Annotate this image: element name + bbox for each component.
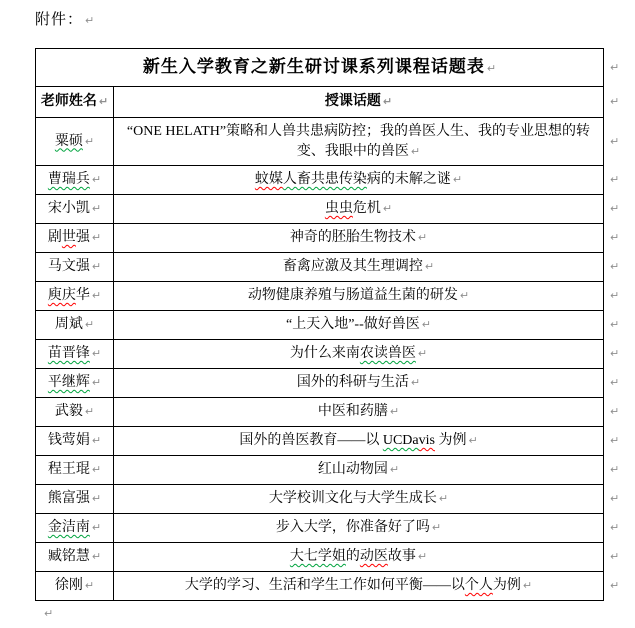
text-segment: 神奇的胚胎生物技术	[290, 230, 416, 245]
spellcheck-marked-text: 个人	[465, 578, 493, 593]
table-row: 马文强↵畜禽应激及其生理调控↵↵	[36, 253, 628, 282]
topic-cell: 大七学姐的动医故事↵	[114, 543, 604, 572]
text-segment: 的	[346, 549, 360, 564]
text-segment: 红山动物园	[318, 462, 388, 477]
topic-cell: 为什么来南农读兽医↵	[114, 340, 604, 369]
table-header-row: 老师姓名↵ 授课话题↵ ↵	[36, 87, 628, 118]
text-segment: 大学校训文化与大学生成长	[269, 491, 437, 506]
pilcrow-mark: ↵	[92, 434, 101, 447]
teacher-name-cell: 庾庆华↵	[36, 282, 114, 311]
pilcrow-mark: ↵	[390, 405, 399, 418]
row-end-mark-cell: ↵	[604, 282, 628, 311]
text-segment: 钱莺娟	[48, 433, 90, 448]
topic-cell: 虫虫危机↵	[114, 195, 604, 224]
course-topic-table: 新生入学教育之新生研讨课系列课程话题表↵ ↵ 老师姓名↵ 授课话题↵ ↵ 粟硕↵…	[35, 48, 628, 601]
pilcrow-mark: ↵	[610, 492, 619, 505]
text-segment: 动物健康养殖与肠道益生菌的研发	[248, 288, 458, 303]
teacher-name-cell: 金洁南↵	[36, 514, 114, 543]
text-segment: 为例	[493, 578, 521, 593]
text-segment: 国外的科研与生活	[297, 375, 409, 390]
pilcrow-mark: ↵	[610, 202, 619, 215]
pilcrow-mark: ↵	[418, 347, 427, 360]
table-row: 熊富强↵大学校训文化与大学生成长↵↵	[36, 485, 628, 514]
text-segment: 周斌	[55, 317, 83, 332]
pilcrow-mark: ↵	[411, 145, 420, 158]
grammar-marked-text: 农读兽医	[360, 346, 416, 361]
pilcrow-mark: ↵	[610, 463, 619, 476]
teacher-name-cell: 钱莺娟↵	[36, 427, 114, 456]
row-end-mark-cell: ↵	[604, 253, 628, 282]
table-row: 曹瑞兵↵蚊媒人畜共患传染病的未解之谜↵↵	[36, 166, 628, 195]
text-segment: 为什么来南	[290, 346, 360, 361]
grammar-marked-text: 苗晋锋	[48, 346, 90, 361]
pilcrow-mark: ↵	[92, 260, 101, 273]
text-segment: 华	[76, 288, 90, 303]
pilcrow-mark: ↵	[523, 579, 532, 592]
attachment-label-line: 附件：↵	[35, 8, 95, 29]
topic-cell: 神奇的胚胎生物技术↵	[114, 224, 604, 253]
teacher-name-cell: 马文强↵	[36, 253, 114, 282]
end-paragraph-mark: ↵	[42, 606, 53, 622]
table-row: 庾庆华↵动物健康养殖与肠道益生菌的研发↵↵	[36, 282, 628, 311]
pilcrow-mark: ↵	[610, 579, 619, 592]
row-end-mark-cell: ↵	[604, 118, 628, 166]
topic-cell: 大学的学习、生活和学生工作如何平衡——以个人为例↵	[114, 572, 604, 601]
table-row: 剧世强↵神奇的胚胎生物技术↵↵	[36, 224, 628, 253]
table-title-cell: 新生入学教育之新生研讨课系列课程话题表↵	[36, 49, 604, 87]
grammar-marked-text: 曹瑞兵	[48, 172, 90, 187]
topic-cell: “上天入地”--做好兽医↵	[114, 311, 604, 340]
pilcrow-mark: ↵	[468, 434, 477, 447]
row-end-mark-cell: ↵	[604, 485, 628, 514]
pilcrow-mark: ↵	[383, 95, 392, 108]
pilcrow-mark: ↵	[610, 173, 619, 186]
table-row: 程王琨↵红山动物园↵↵	[36, 456, 628, 485]
teacher-name-cell: 剧世强↵	[36, 224, 114, 253]
topic-cell: 红山动物园↵	[114, 456, 604, 485]
teacher-name-cell: 程王琨↵	[36, 456, 114, 485]
row-end-mark-cell: ↵	[604, 543, 628, 572]
pilcrow-mark: ↵	[418, 550, 427, 563]
grammar-marked-text: 平继辉	[48, 375, 90, 390]
text-segment: 中医和药膳	[318, 404, 388, 419]
pilcrow-mark: ↵	[610, 289, 619, 302]
pilcrow-mark: ↵	[432, 521, 441, 534]
row-end-mark-cell: ↵	[604, 195, 628, 224]
document-page: 附件：↵ 新生入学教育之新生研讨课系列课程话题表↵ ↵ 老师姓名↵ 授课话题↵ …	[0, 0, 635, 628]
pilcrow-mark: ↵	[460, 289, 469, 302]
pilcrow-mark: ↵	[99, 95, 108, 108]
topic-cell: 步入大学，你准备好了吗↵	[114, 514, 604, 543]
table-row: 周斌↵“上天入地”--做好兽医↵↵	[36, 311, 628, 340]
text-segment: “ONE HELATH”策略和人兽共患病防控；我的兽医人生、我的专业思想的转变、…	[127, 124, 590, 159]
header-teacher-name-label: 老师姓名	[41, 94, 97, 109]
teacher-name-cell: 熊富强↵	[36, 485, 114, 514]
teacher-name-cell: 徐刚↵	[36, 572, 114, 601]
pilcrow-mark: ↵	[44, 607, 53, 620]
grammar-marked-text: 金洁南	[48, 520, 90, 535]
teacher-name-cell: 宋小凯↵	[36, 195, 114, 224]
pilcrow-mark: ↵	[610, 231, 619, 244]
text-segment: 为例	[435, 433, 467, 448]
pilcrow-mark: ↵	[610, 521, 619, 534]
header-topic-label: 授课话题	[325, 94, 381, 109]
teacher-name-cell: 臧铭慧↵	[36, 543, 114, 572]
row-end-mark-cell: ↵	[604, 398, 628, 427]
pilcrow-mark: ↵	[610, 405, 619, 418]
attachment-label: 附件：	[35, 12, 83, 28]
pilcrow-mark: ↵	[487, 62, 496, 75]
row-end-mark-cell: ↵	[604, 514, 628, 543]
table-row: 苗晋锋↵为什么来南农读兽医↵↵	[36, 340, 628, 369]
table-row: 粟硕↵“ONE HELATH”策略和人兽共患病防控；我的兽医人生、我的专业思想的…	[36, 118, 628, 166]
row-end-mark-cell: ↵	[604, 456, 628, 485]
topic-cell: 畜禽应激及其生理调控↵	[114, 253, 604, 282]
pilcrow-mark: ↵	[92, 521, 101, 534]
text-segment: 故事	[388, 549, 416, 564]
topic-cell: 中医和药膳↵	[114, 398, 604, 427]
teacher-name-cell: 周斌↵	[36, 311, 114, 340]
text-segment: 熊富强	[48, 491, 90, 506]
pilcrow-mark: ↵	[411, 376, 420, 389]
pilcrow-mark: ↵	[610, 318, 619, 331]
row-end-mark-cell: ↵	[604, 49, 628, 87]
text-segment: 程王琨	[48, 462, 90, 477]
table-row: 臧铭慧↵大七学姐的动医故事↵↵	[36, 543, 628, 572]
grammar-marked-text: 大七学姐	[290, 549, 346, 564]
pilcrow-mark: ↵	[610, 376, 619, 389]
table-body: 粟硕↵“ONE HELATH”策略和人兽共患病防控；我的兽医人生、我的专业思想的…	[36, 118, 628, 601]
spellcheck-marked-text: vis	[419, 433, 435, 448]
table-row: 宋小凯↵虫虫危机↵↵	[36, 195, 628, 224]
text-segment: 畜禽应激及其生理调控	[283, 259, 423, 274]
text-segment: 大学的学习、生活和学生工作如何平衡——以	[185, 578, 465, 593]
pilcrow-mark: ↵	[85, 318, 94, 331]
pilcrow-mark: ↵	[439, 492, 448, 505]
pilcrow-mark: ↵	[610, 550, 619, 563]
pilcrow-mark: ↵	[610, 260, 619, 273]
text-segment: 剧	[48, 230, 62, 245]
pilcrow-mark: ↵	[610, 95, 619, 108]
pilcrow-mark: ↵	[92, 289, 101, 302]
text-segment: 危机	[353, 201, 381, 216]
pilcrow-mark: ↵	[92, 550, 101, 563]
text-segment: 徐刚	[55, 578, 83, 593]
spellcheck-marked-text: 动医	[360, 549, 388, 564]
table-row: 徐刚↵大学的学习、生活和学生工作如何平衡——以个人为例↵↵	[36, 572, 628, 601]
pilcrow-mark: ↵	[453, 173, 462, 186]
spellcheck-marked-text: 庾庆	[48, 288, 76, 303]
topic-cell: “ONE HELATH”策略和人兽共患病防控；我的兽医人生、我的专业思想的转变、…	[114, 118, 604, 166]
table-title: 新生入学教育之新生研讨课系列课程话题表	[143, 57, 485, 76]
row-end-mark-cell: ↵	[604, 427, 628, 456]
pilcrow-mark: ↵	[422, 318, 431, 331]
teacher-name-cell: 苗晋锋↵	[36, 340, 114, 369]
row-end-mark-cell: ↵	[604, 340, 628, 369]
table-row: 武毅↵中医和药膳↵↵	[36, 398, 628, 427]
row-end-mark-cell: ↵	[604, 224, 628, 253]
pilcrow-mark: ↵	[610, 434, 619, 447]
header-teacher-name: 老师姓名↵	[36, 87, 114, 118]
topic-cell: 动物健康养殖与肠道益生菌的研发↵	[114, 282, 604, 311]
pilcrow-mark: ↵	[610, 61, 619, 74]
pilcrow-mark: ↵	[390, 463, 399, 476]
table-row: 平继辉↵国外的科研与生活↵↵	[36, 369, 628, 398]
row-end-mark-cell: ↵	[604, 572, 628, 601]
text-segment: 病的未解之谜	[367, 172, 451, 187]
text-segment: 武毅	[55, 404, 83, 419]
teacher-name-cell: 曹瑞兵↵	[36, 166, 114, 195]
text-segment: 强	[76, 230, 90, 245]
spellcheck-marked-text: 虫虫	[325, 201, 353, 216]
pilcrow-mark: ↵	[92, 347, 101, 360]
topic-cell: 国外的科研与生活↵	[114, 369, 604, 398]
pilcrow-mark: ↵	[92, 463, 101, 476]
text-segment: 马文强	[48, 259, 90, 274]
table-title-row: 新生入学教育之新生研讨课系列课程话题表↵ ↵	[36, 49, 628, 87]
row-end-mark-cell: ↵	[604, 87, 628, 118]
text-segment: 臧铭慧	[48, 549, 90, 564]
text-segment: 步入大学，你准备好了吗	[276, 520, 430, 535]
pilcrow-mark: ↵	[85, 405, 94, 418]
grammar-marked-text: 粟硕	[55, 134, 83, 149]
topic-cell: 国外的兽医教育——以 UCDavis 为例↵	[114, 427, 604, 456]
spellcheck-marked-text: 世	[62, 230, 76, 245]
grammar-marked-text: UCDa	[383, 433, 419, 448]
header-topic: 授课话题↵	[114, 87, 604, 118]
pilcrow-mark: ↵	[85, 135, 94, 148]
teacher-name-cell: 粟硕↵	[36, 118, 114, 166]
pilcrow-mark: ↵	[92, 231, 101, 244]
spellcheck-marked-text: 蚊媒	[255, 172, 283, 187]
pilcrow-mark: ↵	[610, 347, 619, 360]
pilcrow-mark: ↵	[425, 260, 434, 273]
topic-cell: 蚊媒人畜共患传染病的未解之谜↵	[114, 166, 604, 195]
table-row: 钱莺娟↵国外的兽医教育——以 UCDavis 为例↵↵	[36, 427, 628, 456]
row-end-mark-cell: ↵	[604, 311, 628, 340]
text-segment: 国外的兽医教育——以	[239, 433, 383, 448]
pilcrow-mark: ↵	[85, 579, 94, 592]
text-segment: “上天入地”--做好兽医	[286, 317, 420, 332]
pilcrow-mark: ↵	[418, 231, 427, 244]
pilcrow-mark: ↵	[92, 492, 101, 505]
table-row: 金洁南↵步入大学，你准备好了吗↵↵	[36, 514, 628, 543]
topic-cell: 大学校训文化与大学生成长↵	[114, 485, 604, 514]
pilcrow-mark: ↵	[610, 135, 619, 148]
pilcrow-mark: ↵	[85, 14, 95, 27]
text-segment: 宋小凯	[48, 201, 90, 216]
pilcrow-mark: ↵	[383, 202, 392, 215]
grammar-marked-text: 人畜共患传染	[283, 172, 367, 187]
pilcrow-mark: ↵	[92, 202, 101, 215]
pilcrow-mark: ↵	[92, 376, 101, 389]
row-end-mark-cell: ↵	[604, 166, 628, 195]
teacher-name-cell: 平继辉↵	[36, 369, 114, 398]
teacher-name-cell: 武毅↵	[36, 398, 114, 427]
pilcrow-mark: ↵	[92, 173, 101, 186]
row-end-mark-cell: ↵	[604, 369, 628, 398]
